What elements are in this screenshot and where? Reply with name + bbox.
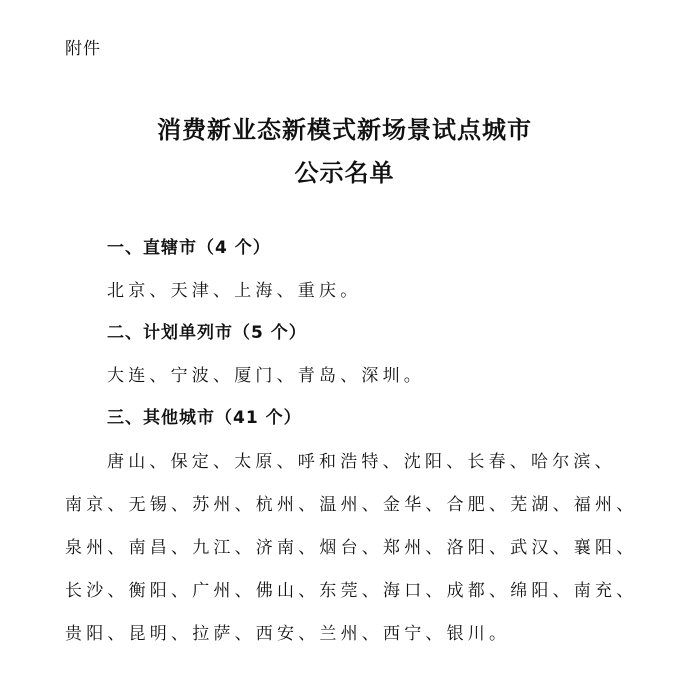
document-page: 附件 消费新业态新模式新场景试点城市 公示名单 一、直辖市（4 个） 北京、天津… bbox=[0, 0, 689, 683]
other-cities-line: 长沙、衡阳、广州、佛山、东莞、海口、成都、绵阳、南充、 bbox=[65, 576, 637, 601]
other-cities-line: 贵阳、昆明、拉萨、西安、兰州、西宁、银川。 bbox=[65, 619, 510, 644]
other-cities-line: 南京、无锡、苏州、杭州、温州、金华、合肥、芜湖、福州、 bbox=[65, 490, 637, 515]
section-heading-other-cities: 三、其他城市（41 个） bbox=[107, 403, 302, 428]
section-heading-municipalities: 一、直辖市（4 个） bbox=[107, 233, 271, 258]
other-cities-line: 泉州、南昌、九江、济南、烟台、郑州、洛阳、武汉、襄阳、 bbox=[65, 533, 637, 558]
document-title-line-1: 消费新业态新模式新场景试点城市 bbox=[0, 110, 689, 145]
attachment-label: 附件 bbox=[65, 34, 101, 59]
section-body-separately-planned-cities: 大连、宁波、厦门、青岛、深圳。 bbox=[107, 361, 425, 386]
section-heading-separately-planned-cities: 二、计划单列市（5 个） bbox=[107, 318, 307, 343]
section-body-municipalities: 北京、天津、上海、重庆。 bbox=[107, 276, 361, 301]
document-title-line-2: 公示名单 bbox=[0, 153, 689, 188]
other-cities-line: 唐山、保定、太原、呼和浩特、沈阳、长春、哈尔滨、 bbox=[107, 447, 616, 472]
